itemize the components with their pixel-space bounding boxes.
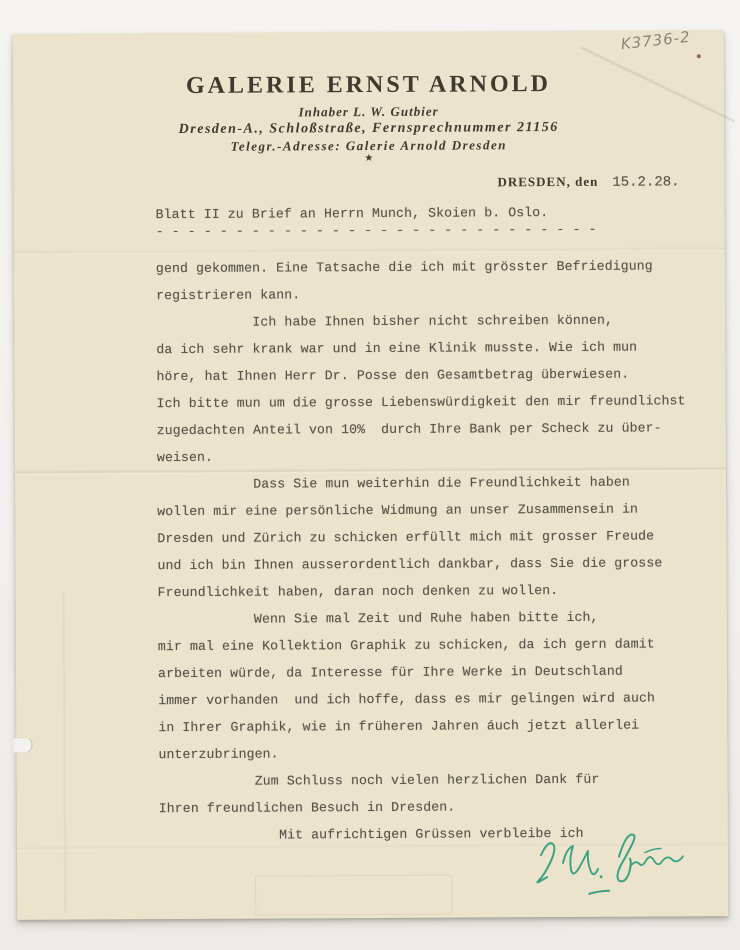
letter-line: zugedachten Anteil von 10% durch Ihre Ba… bbox=[157, 414, 686, 444]
letter-line: Wenn Sie mal Zeit und Ruhe haben bitte i… bbox=[158, 603, 687, 633]
letter-line: Ich habe Ihnen bisher nicht schreiben kö… bbox=[156, 306, 685, 336]
letter-line: Ich bitte mun um die grosse Liebenswürdi… bbox=[157, 387, 686, 417]
reference-dashed-underline: - - - - - - - - - - - - - - - - - - - - … bbox=[156, 222, 597, 239]
star-icon: ★ bbox=[13, 151, 724, 166]
typed-date: 15.2.28. bbox=[612, 174, 679, 190]
letter-line: da ich sehr krank war und in eine Klinik… bbox=[156, 333, 685, 363]
letter-line: immer vorhanden und ich hoffe, dass es m… bbox=[158, 684, 687, 714]
signature-gutbier bbox=[533, 832, 685, 899]
red-mark-dot bbox=[697, 54, 701, 58]
letter-line: Zum Schluss noch vielen herzlichen Dank … bbox=[159, 765, 688, 795]
paper-impression bbox=[255, 875, 452, 916]
archive-number-annotation: K3736-2 bbox=[620, 28, 692, 54]
place-date-label: DRESDEN, den bbox=[497, 174, 598, 190]
letter-line: unterzubringen. bbox=[158, 738, 687, 768]
letter-body: gend gekommen. Eine Tatsache die ich mit… bbox=[156, 252, 688, 849]
reference-line: Blatt II zu Brief an Herrn Munch, Skoien… bbox=[156, 205, 597, 222]
letter-line: Dresden und Zürich zu schicken erfüllt m… bbox=[157, 522, 686, 552]
letter-line: weisen. bbox=[157, 441, 686, 471]
edge-tear-notch bbox=[13, 738, 32, 753]
letter-line: wollen mir eine persönliche Widmung an u… bbox=[157, 495, 686, 525]
letter-line: Ihren freundlichen Besuch in Dresden. bbox=[159, 792, 688, 822]
letter-line: registrieren kann. bbox=[156, 279, 685, 309]
letter-line: Freundlichkeit haben, daran noch denken … bbox=[158, 576, 687, 606]
letter-line: Dass Sie mun weiterhin die Freundlichkei… bbox=[157, 468, 686, 498]
letter-line: gend gekommen. Eine Tatsache die ich mit… bbox=[156, 252, 685, 282]
letter-line: höre, hat Ihnen Herr Dr. Posse den Gesam… bbox=[156, 360, 685, 390]
vertical-crease bbox=[62, 594, 68, 914]
letter-line: arbeiten würde, da Interesse für Ihre We… bbox=[158, 657, 687, 687]
letter-sheet: K3736-2 GALERIE ERNST ARNOLD Inhaber L. … bbox=[13, 30, 729, 920]
letterhead-gallery-name: GALERIE ERNST ARNOLD bbox=[13, 70, 724, 101]
reference-block: Blatt II zu Brief an Herrn Munch, Skoien… bbox=[156, 205, 597, 239]
letter-line: in Ihrer Graphik, wie in früheren Jahren… bbox=[158, 711, 687, 741]
letter-line: und ich bin Ihnen ausserordentlich dankb… bbox=[157, 549, 686, 579]
letter-line: mir mal eine Kollektion Graphik zu schic… bbox=[158, 630, 687, 660]
dateline: DRESDEN, den 15.2.28. bbox=[497, 172, 679, 191]
